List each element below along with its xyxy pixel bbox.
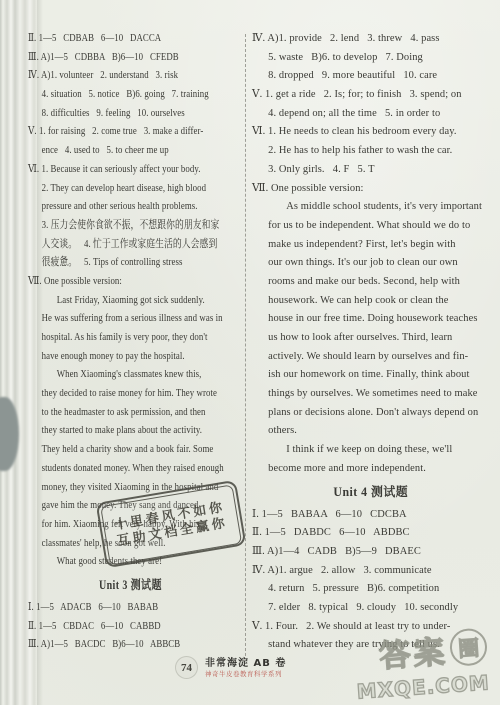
answer-line: Ⅳ. A)1. provide 2. lend 3. threw 4. pass	[252, 29, 490, 48]
site-watermark: 答案 圈 MXQE.COM	[353, 623, 491, 703]
answer-line: for us to be independent. What should we…	[252, 216, 490, 235]
answer-line: When Xiaoming's classmates knew this,	[28, 365, 233, 384]
column-divider	[245, 34, 246, 656]
answer-line: 5. waste B)6. to develop 7. Doing	[252, 48, 490, 67]
scanned-answer-page: Ⅱ. 1—5 CDBAB 6—10 DACCAⅢ. A)1—5 CDBBA B)…	[0, 0, 500, 705]
page-footer: 74 非常海淀 AB 卷 神奇牛皮卷教育科学系列	[175, 656, 286, 679]
answer-line: things by ourselves. We sometimes need t…	[252, 384, 490, 403]
answer-line: others.	[252, 421, 490, 440]
answer-line: students donated money. When they raised…	[28, 459, 233, 478]
answer-line: ence 4. used to 5. to cheer me up	[28, 141, 233, 160]
answer-line: hospital. As his family is very poor, th…	[28, 328, 233, 347]
series-subtitle: 神奇牛皮卷教育科学系列	[205, 670, 286, 678]
answer-line: 3. Only girls. 4. F 5. T	[252, 160, 490, 179]
answer-line: ish our homework on time. Finally, think…	[252, 365, 490, 384]
answer-line: rooms and make our beds. Second, help wi…	[252, 272, 490, 291]
series-info: 非常海淀 AB 卷 神奇牛皮卷教育科学系列	[205, 658, 286, 678]
answer-line: Ⅵ. 1. He needs to clean his bedroom ever…	[252, 122, 490, 141]
answer-line: 2. He has to help his father to wash the…	[252, 141, 490, 160]
answer-line: they decided to raise money for him. The…	[28, 384, 233, 403]
answer-line: they started to make plans about the act…	[28, 421, 233, 440]
watermark-logo-row: 答案 圈	[353, 623, 489, 677]
answer-line: Ⅶ. One possible version:	[252, 179, 490, 198]
answer-line: Ⅲ. A)1—4 CADB B)5—9 DBAEC	[252, 542, 490, 561]
answer-line: pressure and other serious health proble…	[28, 197, 233, 216]
watermark-text: 答案	[378, 626, 449, 676]
answer-line: Ⅱ. 1—5 CDBAB 6—10 DACCA	[28, 29, 233, 48]
answer-line: Unit 4 测试题	[252, 478, 490, 505]
answer-line: become more and more independent.	[252, 459, 490, 478]
answer-line: Ⅶ. One possible version:	[28, 272, 233, 291]
answer-line: Ⅱ. 1—5 DABDC 6—10 ABDBC	[252, 523, 490, 542]
answer-line: Ⅰ. 1—5 BABAA 6—10 CDCBA	[252, 505, 490, 524]
answer-line: us how to look after ourselves. Third, l…	[252, 328, 490, 347]
answer-line: 8. dropped 9. more beautiful 10. care	[252, 66, 490, 85]
answer-line: Last Friday, Xiaoming got sick suddenly.	[28, 291, 233, 310]
answer-line: plans or decisions alone. Don't always d…	[252, 403, 490, 422]
answer-line: Ⅳ. A)1. volunteer 2. understand 3. risk	[28, 66, 233, 85]
answer-line: Ⅱ. 1—5 CBDAC 6—10 CABBD	[28, 617, 233, 636]
answer-line: 2. They can develop heart disease, high …	[28, 179, 233, 198]
answer-line: 4. depend on; all the time 5. in order t…	[252, 104, 490, 123]
answer-line: Unit 3 测试题	[28, 571, 233, 598]
page-number-badge: 74	[175, 656, 198, 679]
answer-line: 8. difficulties 9. feeling 10. ourselves	[28, 104, 233, 123]
answer-line: 7. elder 8. typical 9. cloudy 10. second…	[252, 598, 490, 617]
answer-line: make us independent? First, let's begin …	[252, 235, 490, 254]
answer-line: Ⅲ. A)1—5 BACDC B)6—10 ABBCB	[28, 635, 233, 654]
answer-line: 4. situation 5. notice B)6. going 7. tra…	[28, 85, 233, 104]
answer-line: 4. return 5. pressure B)6. competition	[252, 579, 490, 598]
answer-line: Ⅲ. A)1—5 CDBBA B)6—10 CFEDB	[28, 48, 233, 67]
answer-line: Ⅵ. 1. Because it can seriously affect yo…	[28, 160, 233, 179]
answer-line: to the headmaster to ask permission, and…	[28, 403, 233, 422]
answer-line: They held a charity show and a book fair…	[28, 440, 233, 459]
answer-line: Ⅴ. 1. for raising 2. come true 3. make a…	[28, 122, 233, 141]
answer-line: 很疲惫。 5. Tips of controlling stress	[28, 253, 233, 272]
answer-line: housework. We can help cook or clean the	[252, 291, 490, 310]
answer-line: our own things. It's our job to clean ou…	[252, 253, 490, 272]
answer-line: As middle school students, it's very imp…	[252, 197, 490, 216]
series-title: 非常海淀 AB 卷	[205, 658, 286, 670]
right-answer-column: Ⅳ. A)1. provide 2. lend 3. threw 4. pass…	[252, 29, 490, 654]
answer-line: Ⅴ. 1. get a ride 2. Is; for; to finish 3…	[252, 85, 490, 104]
answer-line: Ⅳ. A)1. argue 2. allow 3. communicate	[252, 561, 490, 580]
answer-line: He was suffering from a serious illness …	[28, 309, 233, 328]
answer-line: I think if we keep on doing these, we'll	[252, 440, 490, 459]
answer-line: 3. 压力会使你食欲不振，不想跟你的朋友和家	[28, 216, 233, 235]
answer-line: have enough money to pay the hospital.	[28, 347, 233, 366]
watermark-circle-badge: 圈	[449, 627, 488, 666]
answer-line: 人交谈。 4. 忙于工作或家庭生活的人会感到	[28, 235, 233, 254]
answer-line: house in our free time. Doing housework …	[252, 309, 490, 328]
answer-line: Ⅰ. 1—5 ADACB 6—10 BABAB	[28, 598, 233, 617]
answer-line: actively. We should learn by ourselves a…	[252, 347, 490, 366]
